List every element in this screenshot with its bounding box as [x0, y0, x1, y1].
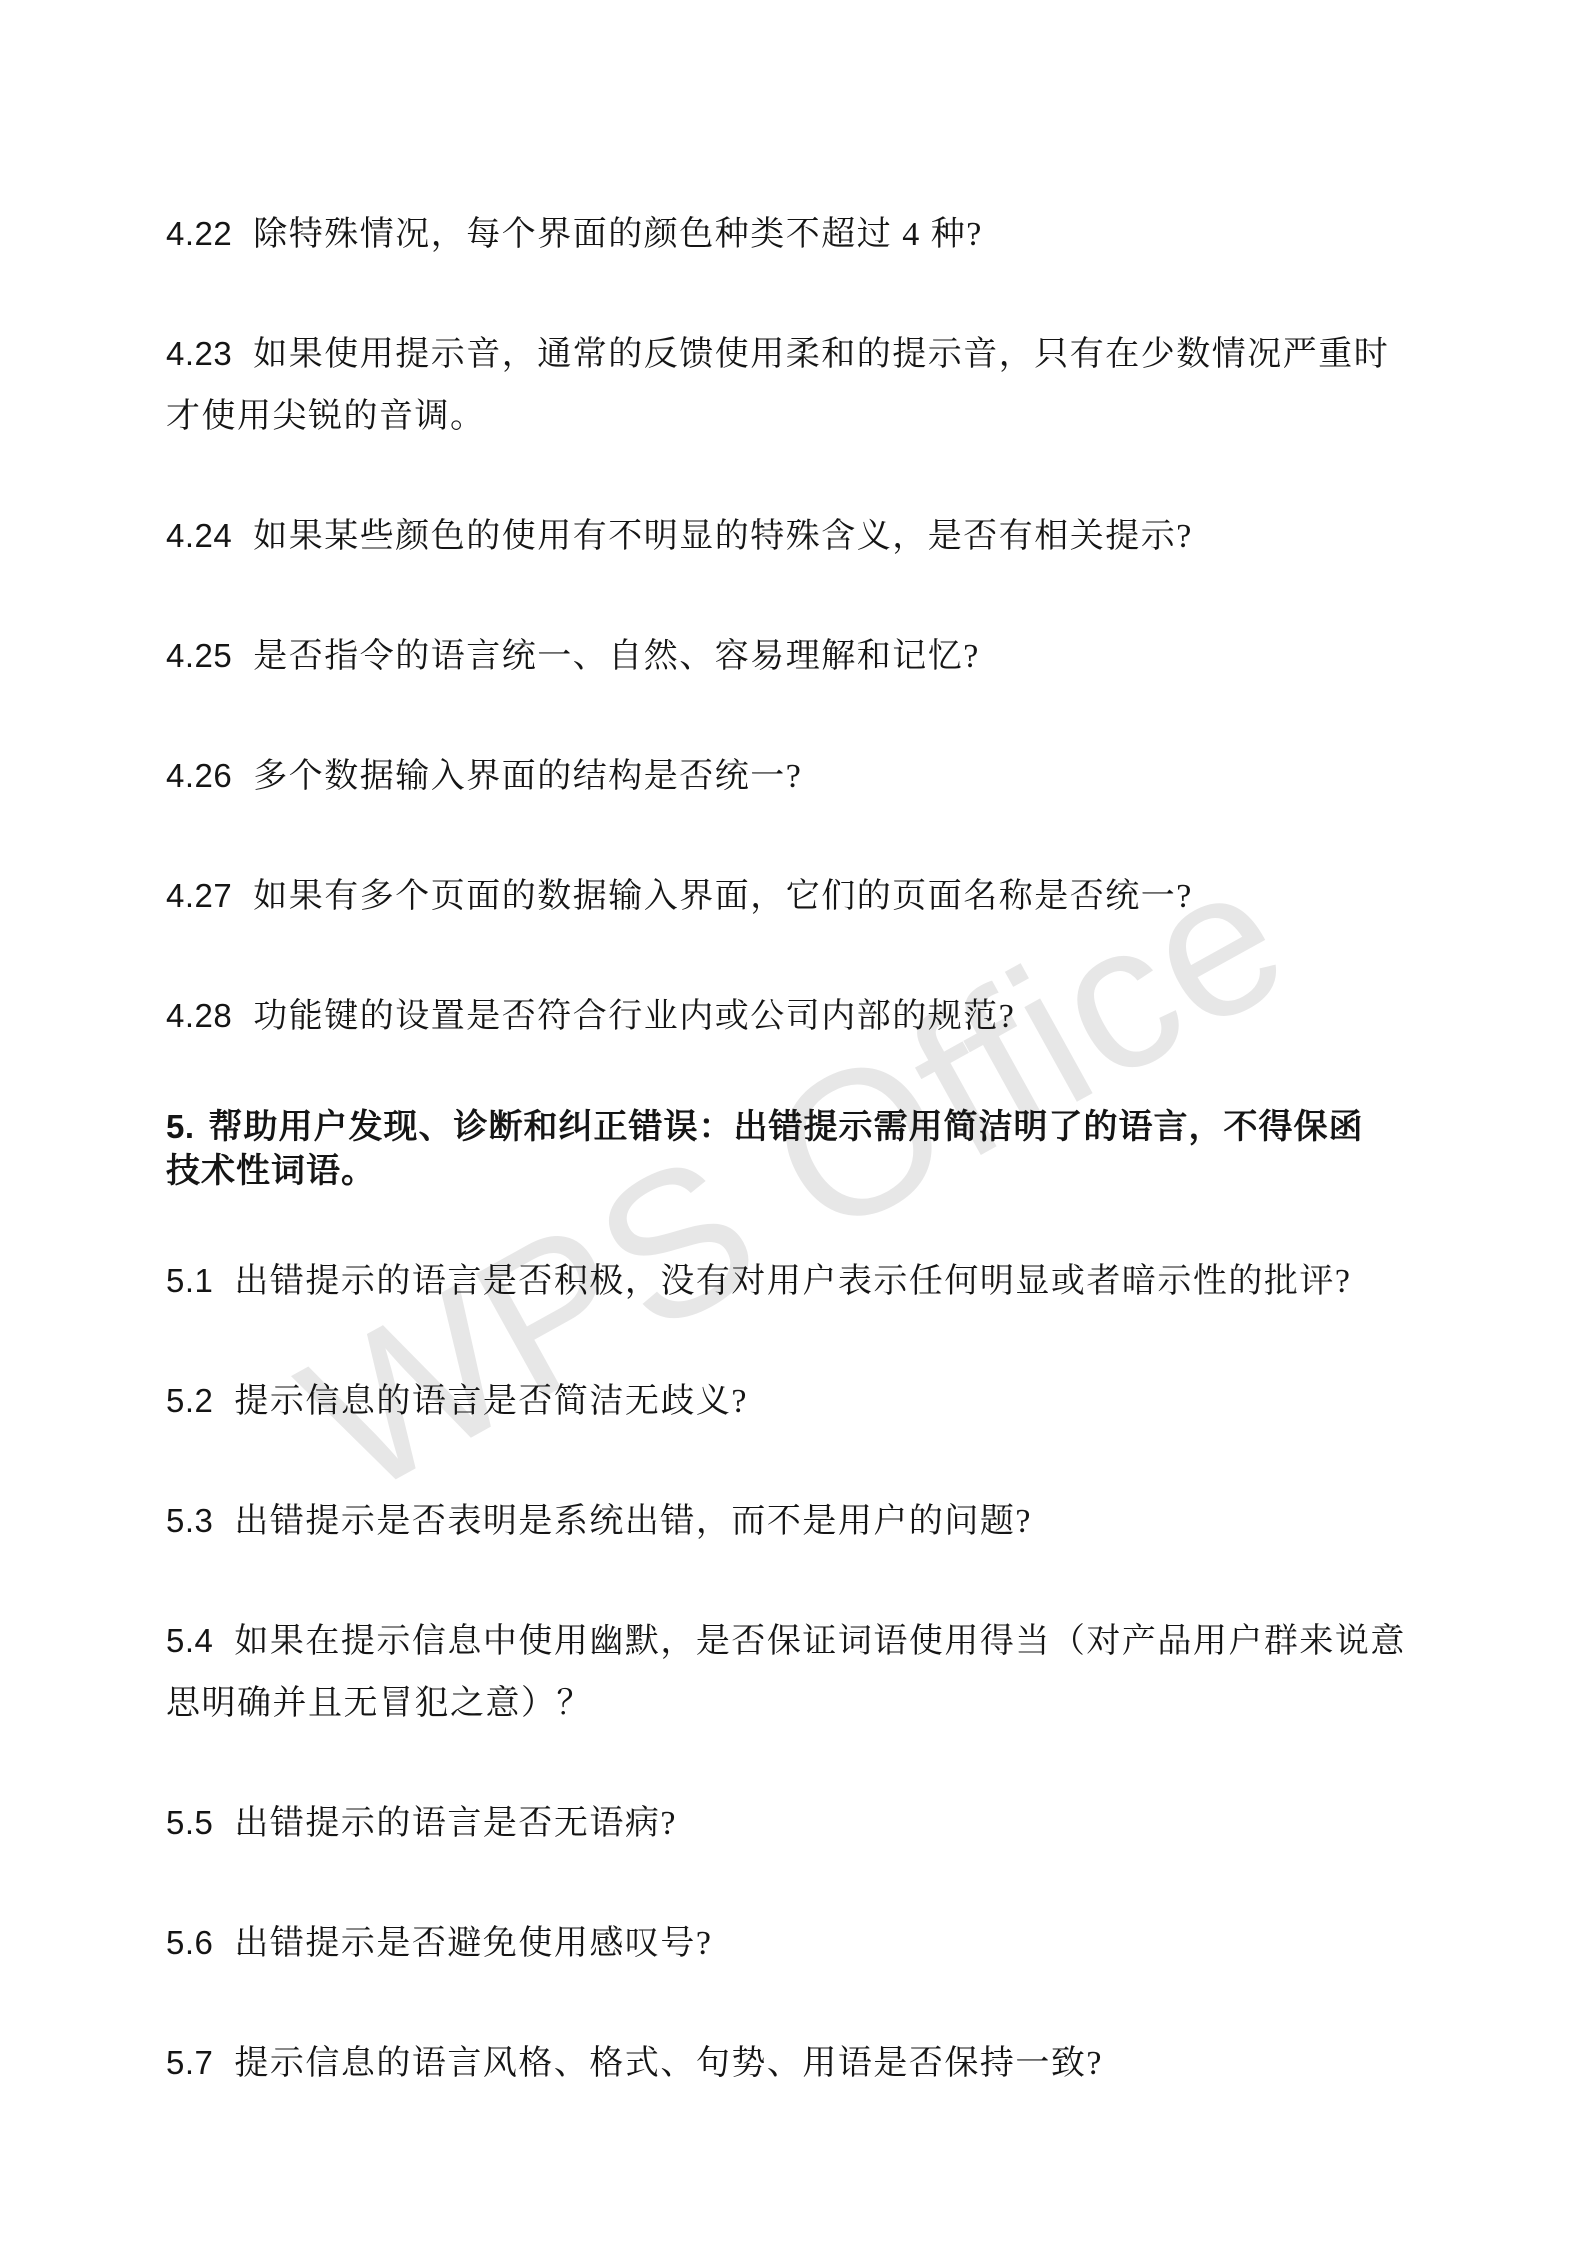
checklist-item: 4.23如果使用提示音，通常的反馈使用柔和的提示音，只有在少数情况严重时 才使用… — [166, 323, 1406, 448]
checklist-item: 4.28功能键的设置是否符合行业内或公司内部的规范? — [166, 985, 1406, 1048]
checklist-item: 5.2提示信息的语言是否简洁无歧义? — [166, 1370, 1406, 1433]
checklist-item: 5.7提示信息的语言风格、格式、句势、用语是否保持一致? — [166, 2032, 1406, 2095]
item-number: 5.5 — [166, 1804, 213, 1841]
item-number: 5. — [166, 1108, 195, 1145]
item-text: 如果某些颜色的使用有不明显的特殊含义，是否有相关提示? — [253, 518, 1193, 555]
item-text: 出错提示的语言是否积极，没有对用户表示任何明显或者暗示性的批评? — [234, 1263, 1351, 1300]
checklist-item: 4.26多个数据输入界面的结构是否统一? — [166, 745, 1406, 808]
checklist-item: 5.4如果在提示信息中使用幽默，是否保证词语使用得当（对产品用户群来说意 思明确… — [166, 1610, 1406, 1735]
item-text: 如果有多个页面的数据输入界面，它们的页面名称是否统一? — [253, 878, 1193, 915]
checklist-item: 4.24如果某些颜色的使用有不明显的特殊含义，是否有相关提示? — [166, 505, 1406, 568]
item-number: 5.3 — [166, 1502, 213, 1539]
item-number: 5.1 — [166, 1262, 213, 1299]
item-text: 是否指令的语言统一、自然、容易理解和记忆? — [253, 638, 980, 675]
item-text: 提示信息的语言是否简洁无歧义? — [234, 1383, 748, 1420]
item-text: 出错提示的语言是否无语病? — [234, 1805, 677, 1842]
checklist-item: 5.5出错提示的语言是否无语病? — [166, 1792, 1406, 1855]
checklist-item: 5.1出错提示的语言是否积极，没有对用户表示任何明显或者暗示性的批评? — [166, 1250, 1406, 1313]
section-heading: 5.帮助用户发现、诊断和纠正错误：出错提示需用简洁明了的语言，不得保函 技术性词… — [166, 1105, 1406, 1193]
item-number: 4.23 — [166, 335, 232, 372]
item-text: 提示信息的语言风格、格式、句势、用语是否保持一致? — [234, 2045, 1103, 2082]
item-number: 4.26 — [166, 757, 232, 794]
item-text: 如果使用提示音，通常的反馈使用柔和的提示音，只有在少数情况严重时 才使用尖锐的音… — [166, 336, 1389, 435]
item-text: 帮助用户发现、诊断和纠正错误：出错提示需用简洁明了的语言，不得保函 技术性词语。 — [166, 1108, 1364, 1190]
item-number: 5.4 — [166, 1622, 213, 1659]
item-number: 5.6 — [166, 1924, 213, 1961]
item-number: 5.2 — [166, 1382, 213, 1419]
item-text: 出错提示是否避免使用感叹号? — [234, 1925, 712, 1962]
item-number: 4.28 — [166, 997, 232, 1034]
item-number: 5.7 — [166, 2044, 213, 2081]
item-text: 功能键的设置是否符合行业内或公司内部的规范? — [253, 998, 1015, 1035]
checklist-item: 5.6出错提示是否避免使用感叹号? — [166, 1912, 1406, 1975]
checklist-item: 4.22除特殊情况，每个界面的颜色种类不超过 4 种? — [166, 203, 1406, 266]
checklist-item: 4.25是否指令的语言统一、自然、容易理解和记忆? — [166, 625, 1406, 688]
document-content: 4.22除特殊情况，每个界面的颜色种类不超过 4 种?4.23如果使用提示音，通… — [166, 203, 1406, 2152]
item-text: 除特殊情况，每个界面的颜色种类不超过 4 种? — [253, 216, 983, 253]
checklist-item: 5.3出错提示是否表明是系统出错，而不是用户的问题? — [166, 1490, 1406, 1553]
document-page: WPS Office 4.22除特殊情况，每个界面的颜色种类不超过 4 种?4.… — [0, 0, 1586, 2244]
item-number: 4.24 — [166, 517, 232, 554]
item-text: 多个数据输入界面的结构是否统一? — [253, 758, 802, 795]
item-number: 4.25 — [166, 637, 232, 674]
item-text: 如果在提示信息中使用幽默，是否保证词语使用得当（对产品用户群来说意 思明确并且无… — [166, 1623, 1406, 1722]
item-number: 4.22 — [166, 215, 232, 252]
checklist-item: 4.27如果有多个页面的数据输入界面，它们的页面名称是否统一? — [166, 865, 1406, 928]
item-number: 4.27 — [166, 877, 232, 914]
item-text: 出错提示是否表明是系统出错，而不是用户的问题? — [234, 1503, 1032, 1540]
